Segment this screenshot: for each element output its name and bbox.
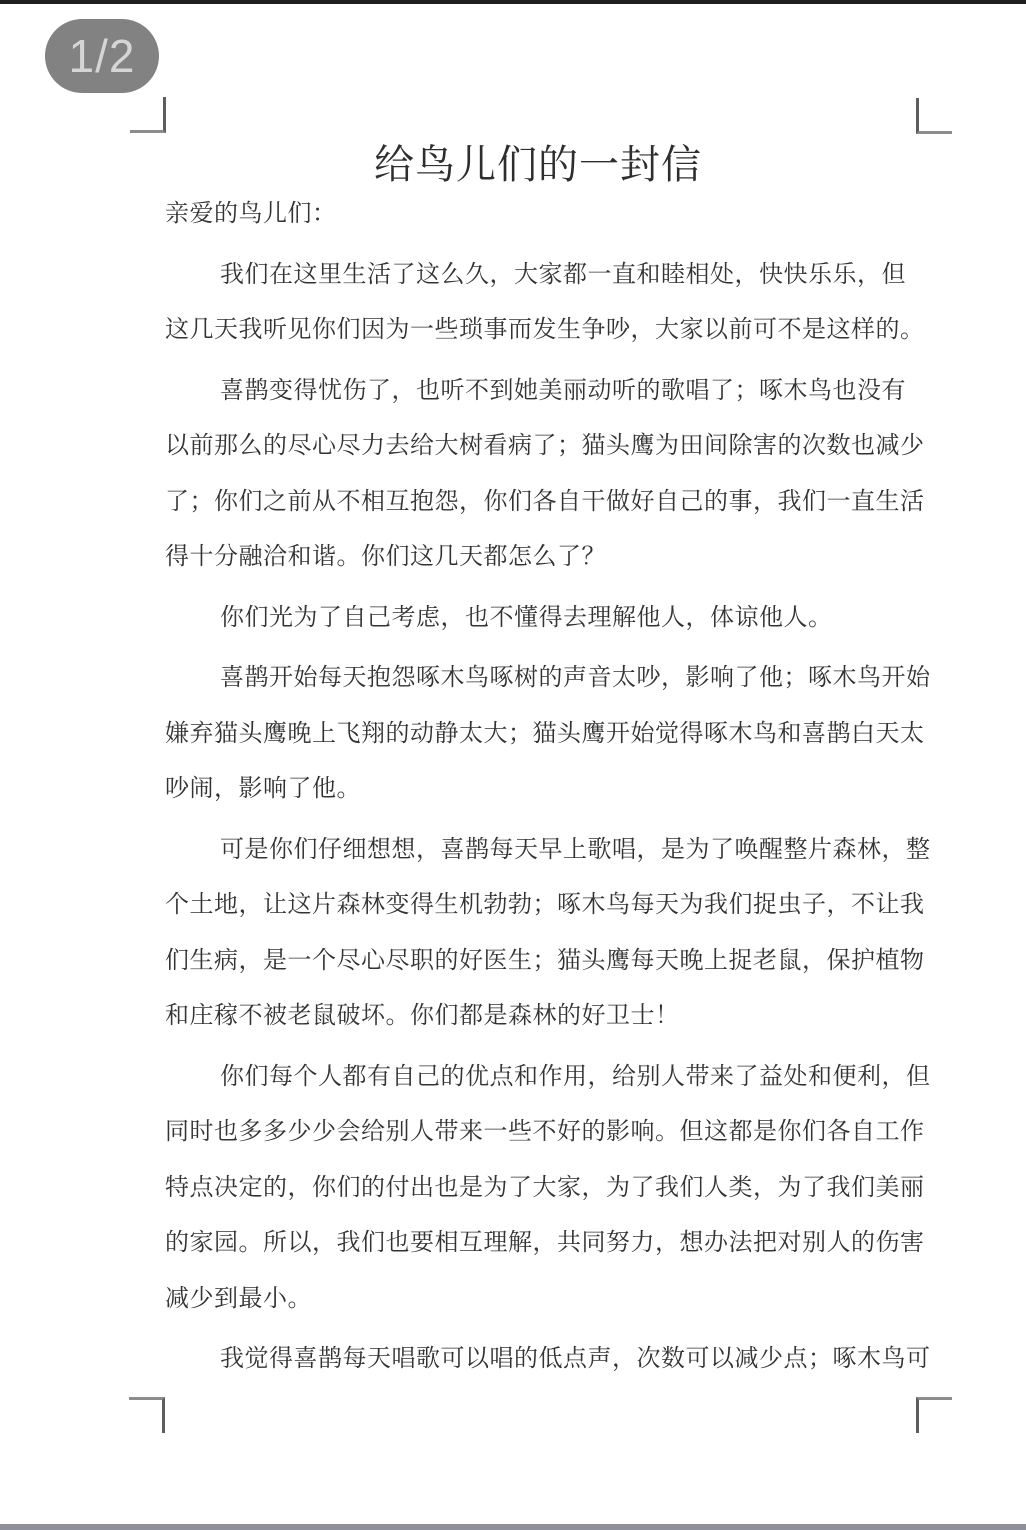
- text-line: 个土地，让这片森林变得生机勃勃；啄木鸟每天为我们捉虫子，不让我: [165, 877, 913, 933]
- text-line: 和庄稼不被老鼠破坏。你们都是森林的好卫士！: [165, 988, 913, 1044]
- text-line: 吵闹，影响了他。: [165, 761, 913, 817]
- text-line: 们生病，是一个尽心尽职的好医生；猫头鹰每天晚上捉老鼠，保护植物: [165, 933, 913, 989]
- text-line: 你们每个人都有自己的优点和作用，给别人带来了益处和便利，但: [165, 1049, 913, 1105]
- bottom-edge-bar: [0, 1524, 1026, 1530]
- text-line: 减少到最小。: [165, 1271, 913, 1327]
- page-indicator-label: 1/2: [69, 29, 136, 83]
- text-line: 嫌弃猫头鹰晚上飞翔的动静太大；猫头鹰开始觉得啄木鸟和喜鹊白天太: [165, 706, 913, 762]
- text-line: 同时也多多少少会给别人带来一些不好的影响。但这都是你们各自工作: [165, 1104, 913, 1160]
- text-line: 喜鹊变得忧伤了，也听不到她美丽动听的歌唱了；啄木鸟也没有: [165, 363, 913, 419]
- text-line: 得十分融洽和谐。你们这几天都怎么了？: [165, 529, 913, 585]
- document-title: 给鸟儿们的一封信: [168, 133, 908, 190]
- text-line: 特点决定的，你们的付出也是为了大家，为了我们人类，为了我们美丽: [165, 1160, 913, 1216]
- corner-mark-bottom-right-icon: [916, 1397, 952, 1433]
- text-line: 这几天我听见你们因为一些琐事而发生争吵，大家以前可不是这样的。: [165, 302, 913, 358]
- top-edge-bar: [0, 0, 1026, 4]
- salutation-line: 亲爱的鸟儿们：: [165, 186, 913, 242]
- document-viewer: 1/2 给鸟儿们的一封信 亲爱的鸟儿们：我们在这里生活了这么久，大家都一直和睦相…: [0, 0, 1026, 1530]
- text-line: 喜鹊开始每天抱怨啄木鸟啄树的声音太吵，影响了他；啄木鸟开始: [165, 650, 913, 706]
- corner-mark-top-right-icon: [916, 98, 952, 134]
- page-indicator-badge: 1/2: [45, 19, 159, 93]
- text-line: 的家园。所以，我们也要相互理解，共同努力，想办法把对别人的伤害: [165, 1215, 913, 1271]
- text-line: 了；你们之前从不相互抱怨，你们各自干做好自己的事，我们一直生活: [165, 474, 913, 530]
- text-line: 我觉得喜鹊每天唱歌可以唱的低点声，次数可以减少点；啄木鸟可: [165, 1331, 913, 1387]
- document-body: 亲爱的鸟儿们：我们在这里生活了这么久，大家都一直和睦相处，快快乐乐，但这几天我听…: [165, 186, 913, 1387]
- text-line: 以前那么的尽心尽力去给大树看病了；猫头鹰为田间除害的次数也减少: [165, 418, 913, 474]
- text-line: 你们光为了自己考虑，也不懂得去理解他人，体谅他人。: [165, 590, 913, 646]
- corner-mark-bottom-left-icon: [129, 1397, 165, 1433]
- corner-mark-top-left-icon: [130, 97, 166, 133]
- text-line: 可是你们仔细想想，喜鹊每天早上歌唱，是为了唤醒整片森林，整: [165, 822, 913, 878]
- text-line: 我们在这里生活了这么久，大家都一直和睦相处，快快乐乐，但: [165, 247, 913, 303]
